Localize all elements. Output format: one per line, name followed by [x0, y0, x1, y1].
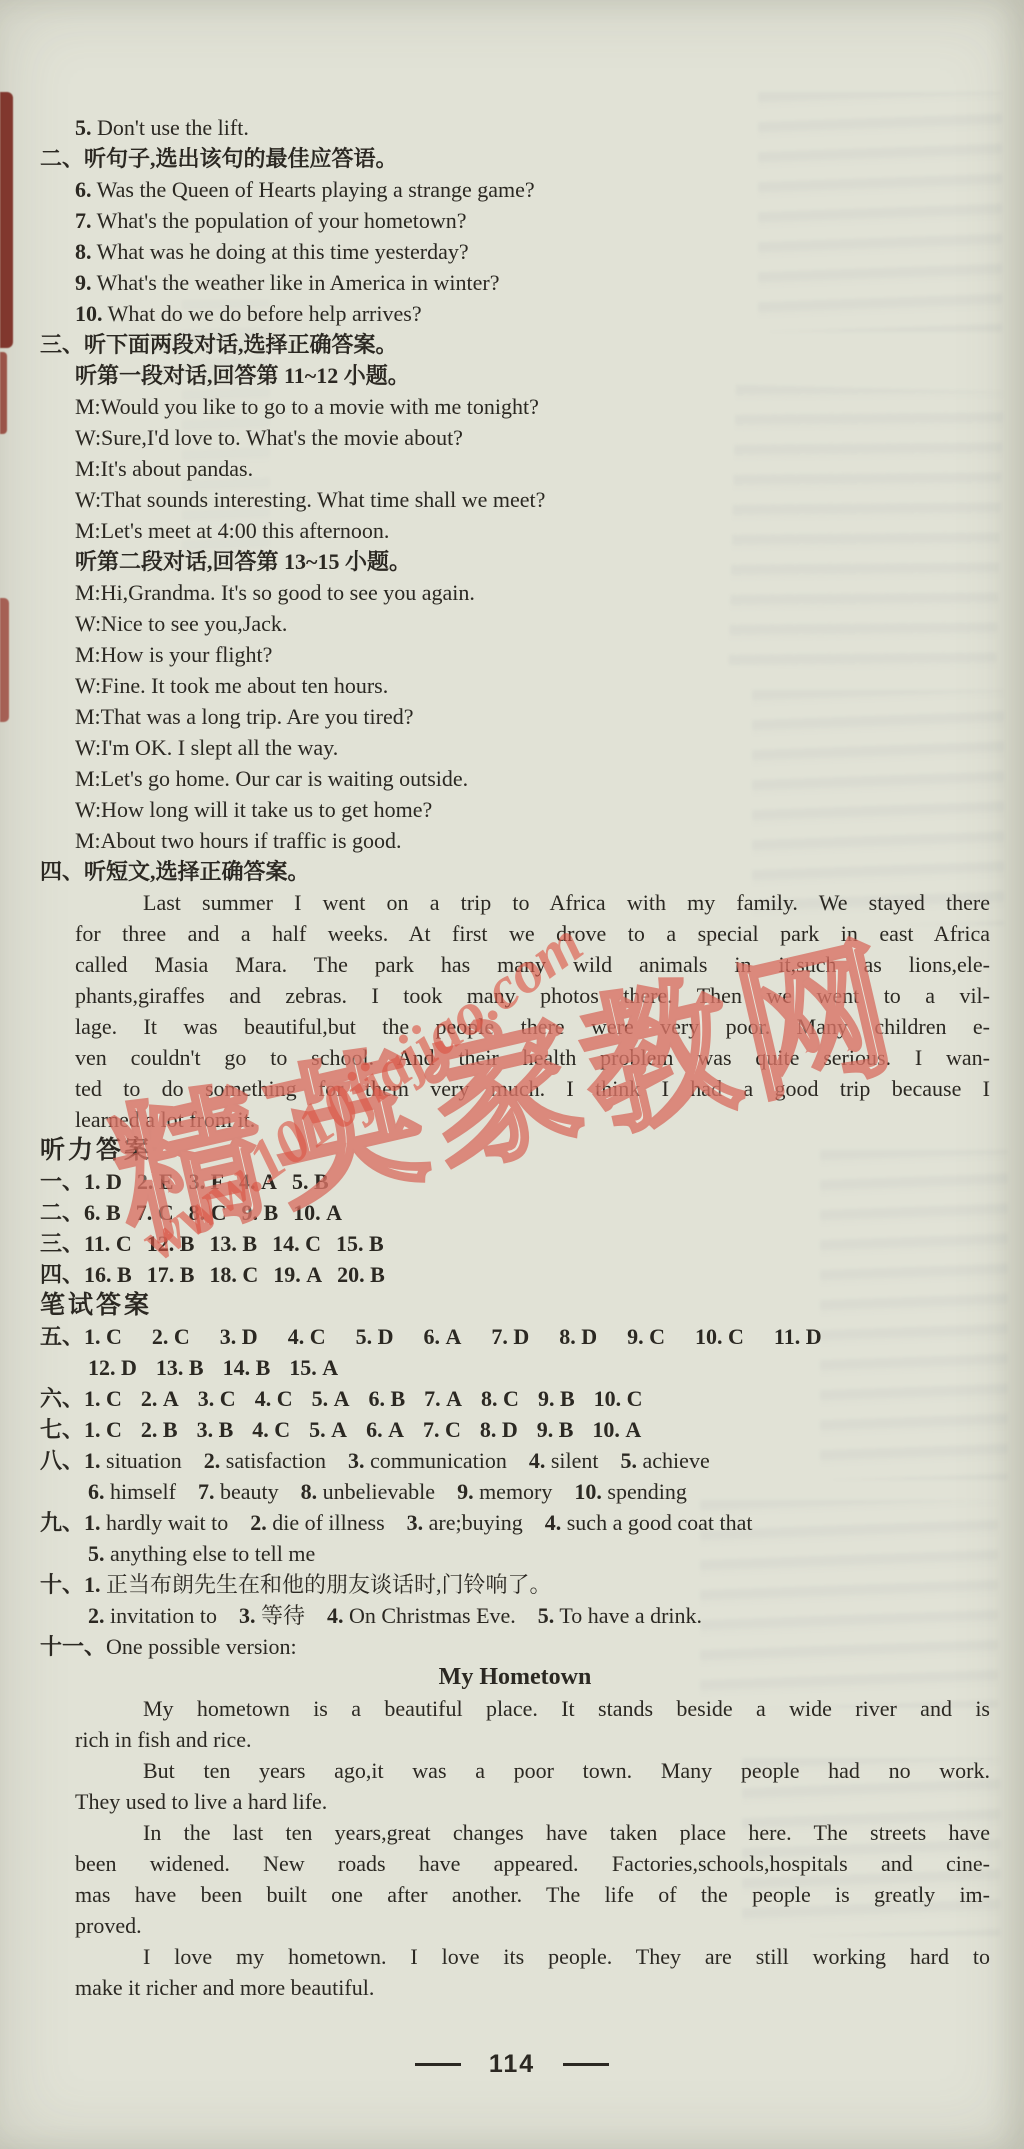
answer-item: 18. C — [209, 1262, 258, 1287]
answer-item: 7. beauty — [198, 1479, 279, 1504]
answer-item: 2. B — [141, 1417, 178, 1442]
item-number: 7. — [75, 208, 92, 233]
item-text: What's the weather like in America in wi… — [97, 270, 500, 295]
answer-item: 5. achieve — [621, 1448, 710, 1473]
essay-line: make it richer and more beautiful. — [75, 1972, 990, 2003]
item-text: What was he doing at this time yesterday… — [97, 239, 469, 264]
row-prefix: 四、 — [40, 1262, 84, 1287]
answer-item: 1. 正当布朗先生在和他的朋友谈话时,门铃响了。 — [84, 1572, 552, 1597]
answer-item: 10. spending — [574, 1479, 686, 1504]
dialog-line: M:How is your flight? — [75, 639, 990, 670]
answer-row-9b: 5. anything else to tell me — [40, 1538, 990, 1569]
page-number-dash — [415, 2063, 461, 2066]
answer-item: 9. B — [537, 1417, 574, 1442]
answer-item: 10. A — [592, 1417, 641, 1442]
dialog1-intro: 听第一段对话,回答第 11~12 小题。 — [75, 360, 990, 391]
row-prefix: 二、 — [40, 1200, 84, 1225]
answer-row-10b: 2. invitation to3. 等待4. On Christmas Eve… — [40, 1600, 990, 1631]
dialog1-lines: M:Would you like to go to a movie with m… — [75, 391, 990, 546]
answer-item: 5. A — [309, 1417, 347, 1442]
row-prefix: 十、 — [40, 1572, 84, 1597]
answer-item: 3. are;buying — [407, 1510, 523, 1535]
item-text: Don't use the lift. — [97, 115, 249, 140]
item-number: 9. — [75, 270, 92, 295]
dialog-line: M:Let's go home. Our car is waiting outs… — [75, 763, 990, 794]
dialog-line: W:Sure,I'd love to. What's the movie abo… — [75, 422, 990, 453]
answer-item: 9. C — [627, 1324, 665, 1349]
row-prefix: 三、 — [40, 1231, 84, 1256]
listening-item: 6. Was the Queen of Hearts playing a str… — [75, 174, 990, 205]
answer-item: 8. unbelievable — [301, 1479, 435, 1504]
answer-item: 11. D — [774, 1324, 822, 1349]
page-number-value: 114 — [489, 2050, 535, 2079]
answer-row-5b: 12. D13. B14. B15. A — [40, 1352, 990, 1383]
row-prefix: 九、 — [40, 1510, 84, 1535]
item-number: 10. — [75, 301, 103, 326]
section4-header: 四、听短文,选择正确答案。 — [40, 856, 990, 887]
essay-paragraph-4: I love my hometown. I love its people. T… — [75, 1941, 990, 2003]
dialog-line: W:Nice to see you,Jack. — [75, 608, 990, 639]
item-text: What's the population of your hometown? — [97, 208, 467, 233]
answer-item: 4. C — [288, 1324, 326, 1349]
dialog-line: W:Fine. It took me about ten hours. — [75, 670, 990, 701]
page-edge-red-mark — [0, 598, 9, 722]
answer-item: 13. B — [156, 1355, 204, 1380]
answer-item: 6. B — [84, 1200, 121, 1225]
essay-line: been widened. New roads have appeared. F… — [75, 1848, 990, 1879]
answer-item: 16. B — [84, 1262, 132, 1287]
row-prefix: 八、 — [40, 1448, 84, 1473]
answer-items: 1. 正当布朗先生在和他的朋友谈话时,门铃响了。 — [84, 1572, 571, 1597]
dialog2-lines: M:Hi,Grandma. It's so good to see you ag… — [75, 577, 990, 856]
answer-item: 8. D — [559, 1324, 597, 1349]
section3-header: 三、听下面两段对话,选择正确答案。 — [40, 329, 990, 360]
answer-item: 3. 等待 — [239, 1603, 305, 1628]
essay-intro: 十一、One possible version: — [40, 1631, 990, 1662]
answer-row-5a: 五、1. C2. C3. D4. C5. D6. A7. D8. D9. C10… — [40, 1321, 990, 1352]
essay-paragraph-3: In the last ten years,great changes have… — [75, 1817, 990, 1941]
essay-line: proved. — [75, 1910, 990, 1941]
dialog-line: W:How long will it take us to get home? — [75, 794, 990, 825]
answer-row-7: 七、1. C2. B3. B4. C5. A6. A7. C8. D9. B10… — [40, 1414, 990, 1445]
answer-items: 6. himself7. beauty8. unbelievable9. mem… — [88, 1479, 709, 1504]
essay-line: But ten years ago,it was a poor town. Ma… — [75, 1755, 990, 1786]
page-number-dash — [563, 2063, 609, 2066]
answer-items: 5. anything else to tell me — [88, 1541, 337, 1566]
row-prefix: 一、 — [40, 1169, 84, 1194]
essay-title: My Hometown — [40, 1662, 990, 1693]
answer-item: 6. A — [423, 1324, 461, 1349]
answer-item: 5. D — [356, 1324, 394, 1349]
answer-item: 11. C — [84, 1231, 132, 1256]
answer-item: 2. C — [152, 1324, 190, 1349]
answer-item: 2. A — [141, 1386, 179, 1411]
dialog2-intro: 听第二段对话,回答第 13~15 小题。 — [75, 546, 990, 577]
dialog-line: M:About two hours if traffic is good. — [75, 825, 990, 856]
answer-items: 1. C2. A3. C4. C5. A6. B7. A8. C9. B10. … — [84, 1386, 662, 1411]
answer-item: 1. C — [84, 1324, 122, 1349]
answer-item: 10. C — [695, 1324, 744, 1349]
item-number: 6. — [75, 177, 92, 202]
answer-item: 8. D — [480, 1417, 518, 1442]
section2-items: 6. Was the Queen of Hearts playing a str… — [75, 174, 990, 329]
answer-item: 7. A — [424, 1386, 462, 1411]
dialog-line: M:Let's meet at 4:00 this afternoon. — [75, 515, 990, 546]
answer-item: 3. communication — [348, 1448, 507, 1473]
answer-item: 15. B — [336, 1231, 384, 1256]
page-number: 114 — [0, 2050, 1024, 2079]
item-number: 8. — [75, 239, 92, 264]
answer-item: 5. anything else to tell me — [88, 1541, 315, 1566]
essay-intro-text: One possible version: — [106, 1634, 297, 1659]
essay-line: They used to live a hard life. — [75, 1786, 990, 1817]
answer-items: 1. C2. C3. D4. C5. D6. A7. D8. D9. C10. … — [84, 1324, 852, 1349]
answer-item: 9. B — [538, 1386, 575, 1411]
dialog-line: M:It's about pandas. — [75, 453, 990, 484]
written-answers-title: 笔试答案 — [40, 1290, 990, 1321]
listening-item: 8. What was he doing at this time yester… — [75, 236, 990, 267]
answer-row-10a: 十、1. 正当布朗先生在和他的朋友谈话时,门铃响了。 — [40, 1569, 990, 1600]
essay-paragraph-1: My hometown is a beautiful place. It sta… — [75, 1693, 990, 1755]
answer-item: 8. C — [481, 1386, 519, 1411]
book-page: 精英家教网 www.1010jiajiao.com 5. Don't use t… — [0, 0, 1024, 2149]
row-prefix: 七、 — [40, 1417, 84, 1442]
answer-items: 1. situation2. satisfaction3. communicat… — [84, 1448, 732, 1473]
item-number: 5. — [75, 115, 92, 140]
answer-items: 1. C2. B3. B4. C5. A6. A7. C8. D9. B10. … — [84, 1417, 660, 1442]
page-edge-red-mark — [0, 352, 7, 434]
answer-row-6: 六、1. C2. A3. C4. C5. A6. B7. A8. C9. B10… — [40, 1383, 990, 1414]
row-prefix: 六、 — [40, 1386, 84, 1411]
answer-item: 1. C — [84, 1386, 122, 1411]
answer-item: 1. situation — [84, 1448, 182, 1473]
essay-paragraph-2: But ten years ago,it was a poor town. Ma… — [75, 1755, 990, 1817]
answer-item: 4. C — [252, 1417, 290, 1442]
item-text: What do we do before help arrives? — [108, 301, 422, 326]
answer-row-9a: 九、1. hardly wait to2. die of illness3. a… — [40, 1507, 990, 1538]
answer-items: 16. B17. B18. C19. A20. B — [84, 1262, 400, 1287]
answer-item: 4. On Christmas Eve. — [327, 1603, 516, 1628]
answer-item: 3. C — [198, 1386, 236, 1411]
section2-header: 二、听句子,选出该句的最佳应答语。 — [40, 143, 990, 174]
answer-item: 15. A — [289, 1355, 338, 1380]
listening-item: 9. What's the weather like in America in… — [75, 267, 990, 298]
answer-item: 2. die of illness — [250, 1510, 384, 1535]
answer-item: 6. B — [368, 1386, 405, 1411]
essay-line: In the last ten years,great changes have… — [75, 1817, 990, 1848]
answer-items: 12. D13. B14. B15. A — [88, 1355, 357, 1380]
listening-item: 7. What's the population of your hometow… — [75, 205, 990, 236]
answer-item: 10. C — [594, 1386, 643, 1411]
answer-item: 19. A — [273, 1262, 322, 1287]
answer-items: 1. hardly wait to2. die of illness3. are… — [84, 1510, 774, 1535]
listening-item-5: 5. Don't use the lift. — [75, 112, 990, 143]
answer-item: 5. To have a drink. — [538, 1603, 702, 1628]
dialog-line: M:Would you like to go to a movie with m… — [75, 391, 990, 422]
item-text: Was the Queen of Hearts playing a strang… — [97, 177, 535, 202]
answer-item: 20. B — [337, 1262, 385, 1287]
answer-item: 1. C — [84, 1417, 122, 1442]
essay-line: My hometown is a beautiful place. It sta… — [75, 1693, 990, 1724]
listening-item: 10. What do we do before help arrives? — [75, 298, 990, 329]
answer-items: 2. invitation to3. 等待4. On Christmas Eve… — [88, 1603, 724, 1628]
answer-item: 7. D — [491, 1324, 529, 1349]
answer-item: 6. himself — [88, 1479, 176, 1504]
answer-row-8a: 八、1. situation2. satisfaction3. communic… — [40, 1445, 990, 1476]
answer-item: 2. satisfaction — [204, 1448, 326, 1473]
dialog-line: W:That sounds interesting. What time sha… — [75, 484, 990, 515]
essay-line: I love my hometown. I love its people. T… — [75, 1941, 990, 1972]
answer-item: 4. such a good coat that — [545, 1510, 753, 1535]
page-edge-red-mark — [0, 92, 13, 348]
dialog-line: W:I'm OK. I slept all the way. — [75, 732, 990, 763]
answer-item: 3. D — [220, 1324, 258, 1349]
answer-item: 7. C — [423, 1417, 461, 1442]
answer-item: 2. invitation to — [88, 1603, 217, 1628]
answer-item: 4. C — [255, 1386, 293, 1411]
answer-item: 1. hardly wait to — [84, 1510, 228, 1535]
row-prefix: 五、 — [40, 1324, 84, 1349]
essay-line: rich in fish and rice. — [75, 1724, 990, 1755]
answer-item: 4. silent — [529, 1448, 599, 1473]
dialog-line: M:That was a long trip. Are you tired? — [75, 701, 990, 732]
essay-line: mas have been built one after another. T… — [75, 1879, 990, 1910]
answer-item: 5. A — [312, 1386, 350, 1411]
answer-item: 12. D — [88, 1355, 137, 1380]
answer-item: 6. A — [366, 1417, 404, 1442]
answer-item: 3. B — [197, 1417, 234, 1442]
essay-intro-prefix: 十一、 — [40, 1634, 106, 1659]
dialog-line: M:Hi,Grandma. It's so good to see you ag… — [75, 577, 990, 608]
answer-item: 14. B — [223, 1355, 271, 1380]
answer-row-8b: 6. himself7. beauty8. unbelievable9. mem… — [40, 1476, 990, 1507]
answer-item: 9. memory — [457, 1479, 552, 1504]
